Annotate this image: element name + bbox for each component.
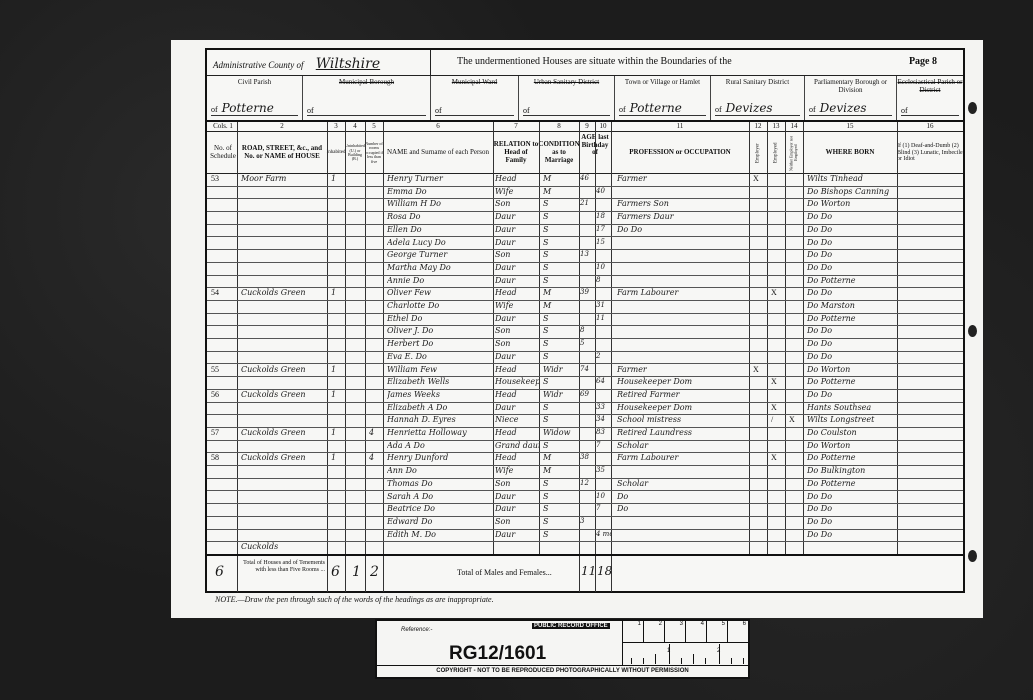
cell-cond: S: [543, 479, 579, 488]
table-row: Thomas DoSonS12ScholarDo Potterne: [207, 479, 963, 492]
cell-born: Do Marston: [807, 301, 897, 310]
district-municipal-ward: Municipal Ward of: [431, 76, 519, 120]
reference-card: Reference:- PUBLIC RECORD OFFICE RG12/16…: [375, 619, 750, 679]
cell-name: Ethel Do: [387, 314, 491, 323]
cell-cond: S: [543, 326, 579, 335]
total-uninhabited: 1: [352, 564, 361, 580]
cell-female: 64: [596, 377, 611, 385]
cell-name: Ellen Do: [387, 225, 491, 234]
cell-neither: X: [789, 415, 801, 424]
cell-rooms: 4: [369, 453, 381, 462]
district-ecclesiastical: Ecclesiastical Parish or District of: [897, 76, 963, 120]
table-row: Sarah A DoDaurS10DoDo Do: [207, 492, 963, 505]
cell-rel: Daur: [495, 492, 539, 501]
header-employed: Employed: [767, 132, 785, 174]
cell-born: Do Do: [807, 250, 897, 259]
cell-name: Ann Do: [387, 466, 491, 475]
cell-cond: M: [543, 187, 579, 196]
district-municipal-borough: Municipal Borough of: [303, 76, 431, 120]
cell-female: 40: [596, 187, 611, 195]
cell-cond: S: [543, 517, 579, 526]
cell-born: Do Worton: [807, 365, 897, 374]
cell-male: 46: [580, 174, 595, 182]
cell-born: Do Do: [807, 530, 897, 539]
cell-employed: X: [771, 288, 783, 297]
cell-employer: X: [753, 174, 765, 183]
total-schedules: 6: [215, 564, 224, 580]
cell-name: Emma Do: [387, 187, 491, 196]
cell-house: Cuckolds Green: [241, 288, 325, 297]
cell-occ: Housekeeper Dom: [617, 377, 747, 386]
table-row: 53Moor Farm1Henry TurnerHeadM46FarmerXWi…: [207, 174, 963, 187]
cell-born: Wilts Longstreet: [807, 415, 897, 424]
district-row: Civil Parish ofPotterne Municipal Boroug…: [207, 76, 963, 122]
header-road-house: ROAD, STREET, &c., and No. or NAME of HO…: [237, 132, 327, 174]
cell-male: 5: [580, 339, 595, 347]
cell-rel: Head: [495, 428, 539, 437]
cell-name: Martha May Do: [387, 263, 491, 272]
cell-female: 7: [596, 504, 611, 512]
cell-rel: Head: [495, 174, 539, 183]
cell-occ: Do: [617, 492, 747, 501]
cell-employed: X: [771, 377, 783, 386]
cell-female: 83: [596, 428, 611, 436]
cell-rel: Grand daur: [495, 441, 539, 450]
cell-rel: Daur: [495, 238, 539, 247]
cell-inh: 1: [331, 365, 343, 374]
cell-sched: 57: [211, 428, 235, 437]
measurement-scale: 1 2 3 4 5 6 1 2: [622, 621, 748, 666]
cell-born: Do Bulkington: [807, 466, 897, 475]
cell-born: Do Do: [807, 288, 897, 297]
cell-name: Henry Dunford: [387, 453, 491, 462]
cell-cond: S: [543, 212, 579, 221]
cell-cond: S: [543, 415, 579, 424]
cell-cond: S: [543, 403, 579, 412]
cell-cond: S: [543, 352, 579, 361]
cell-name: Hannah D. Eyres: [387, 415, 491, 424]
cell-rel: Head: [495, 288, 539, 297]
cell-name: Ada A Do: [387, 441, 491, 450]
cell-house: Cuckolds Green: [241, 390, 325, 399]
cell-rel: Son: [495, 326, 539, 335]
header-relation: RELATION to Head of Family: [493, 132, 539, 174]
cell-name: Oliver J. Do: [387, 326, 491, 335]
cell-house: Cuckolds Green: [241, 365, 325, 374]
district-rural-sanitary: Rural Sanitary District ofDevizes: [711, 76, 805, 120]
table-row: Ellen DoDaurS17Do DoDo Do: [207, 225, 963, 238]
table-row: 55Cuckolds Green1William FewHeadWidr74Fa…: [207, 365, 963, 378]
cell-cond: S: [543, 314, 579, 323]
table-row: Martha May DoDaurS10Do Do: [207, 263, 963, 276]
table-row: 57Cuckolds Green14Henrietta HollowayHead…: [207, 428, 963, 441]
cell-female: 33: [596, 403, 611, 411]
page-number: Page 8: [909, 56, 937, 67]
cell-rel: Son: [495, 479, 539, 488]
header-neither: Neither Employer nor Employed: [785, 132, 803, 174]
table-row: Adela Lucy DoDaurS15Do Do: [207, 238, 963, 251]
cell-rel: Daur: [495, 504, 539, 513]
cell-cond: S: [543, 492, 579, 501]
cell-cond: S: [543, 504, 579, 513]
cell-name: Elizabeth A Do: [387, 403, 491, 412]
cell-rel: Wife: [495, 187, 539, 196]
table-row: Charlotte DoWifeM31Do Marston: [207, 301, 963, 314]
cell-rel: Daur: [495, 225, 539, 234]
cell-name: Henrietta Holloway: [387, 428, 491, 437]
reference-code: RG12/1601: [449, 643, 546, 665]
cell-born: Do Do: [807, 504, 897, 513]
header-uninhabited: Uninhabited (U.) or Building (B.): [345, 132, 365, 174]
table-row: Elizabeth A DoDaurS33Housekeeper DomXHan…: [207, 403, 963, 416]
table-row: 54Cuckolds Green1Oliver FewHeadM39Farm L…: [207, 288, 963, 301]
cell-born: Do Do: [807, 492, 897, 501]
cell-cond: S: [543, 225, 579, 234]
cell-name: Herbert Do: [387, 339, 491, 348]
cell-occ: Retired Laundress: [617, 428, 747, 437]
cell-male: 12: [580, 479, 595, 487]
totals-row: 6 Total of Houses and of Tenements with …: [207, 554, 963, 591]
cell-sched: 58: [211, 453, 235, 462]
office-label: PUBLIC RECORD OFFICE: [532, 623, 610, 629]
cell-occ: Farmers Son: [617, 199, 747, 208]
cell-female: 10: [596, 492, 611, 500]
cell-sched: 54: [211, 288, 235, 297]
cell-name: Edith M. Do: [387, 530, 491, 539]
table-row: Ethel DoDaurS11Do Potterne: [207, 314, 963, 327]
cell-female: 7: [596, 441, 611, 449]
cell-born: Do Potterne: [807, 453, 897, 462]
cell-born: Do Potterne: [807, 314, 897, 323]
total-rooms: 2: [370, 564, 379, 580]
cell-rel: Son: [495, 517, 539, 526]
footnote: NOTE.—Draw the pen through such of the w…: [215, 595, 494, 604]
cell-name: Beatrice Do: [387, 504, 491, 513]
cell-occ: Do: [617, 504, 747, 513]
cell-female: 8: [596, 276, 611, 284]
cell-occ: Retired Farmer: [617, 390, 747, 399]
cell-born: Do Do: [807, 390, 897, 399]
cell-sched: 53: [211, 174, 235, 183]
header-condition: CONDITION as to Marriage: [539, 132, 579, 174]
cell-male: 3: [580, 517, 595, 525]
header-rooms: Number of rooms occupied if less than fi…: [365, 132, 383, 174]
cell-rel: Head: [495, 390, 539, 399]
cell-rel: Head: [495, 453, 539, 462]
cell-female: 4 mos: [596, 530, 611, 538]
cell-rel: Daur: [495, 403, 539, 412]
cell-cond: M: [543, 174, 579, 183]
cell-cond: S: [543, 250, 579, 259]
table-row: Eva E. DoDaurS2Do Do: [207, 352, 963, 365]
cell-male: 74: [580, 365, 595, 373]
cell-female: 2: [596, 352, 611, 360]
cell-name: James Weeks: [387, 390, 491, 399]
census-form: Administrative County of Wiltshire The u…: [205, 48, 965, 593]
cell-house: Cuckolds Green: [241, 428, 325, 437]
cell-cond: M: [543, 466, 579, 475]
table-row: George TurnerSonS13Do Do: [207, 250, 963, 263]
cell-inh: 1: [331, 174, 343, 183]
cell-employed: X: [771, 453, 783, 462]
cell-born: Do Bishops Canning: [807, 187, 897, 196]
cell-occ: Farmer: [617, 365, 747, 374]
table-row: Ada A DoGrand daurS7ScholarDo Worton: [207, 441, 963, 454]
intro-text: The undermentioned Houses are situate wi…: [457, 56, 732, 67]
cell-sched: 55: [211, 365, 235, 374]
cell-cond: S: [543, 530, 579, 539]
cell-rel: Daur: [495, 276, 539, 285]
table-row: Rosa DoDaurS18Farmers DaurDo Do: [207, 212, 963, 225]
table-row: Emma DoWifeM40Do Bishops Canning: [207, 187, 963, 200]
cell-inh: 1: [331, 453, 343, 462]
cell-cond: S: [543, 276, 579, 285]
cell-rel: Son: [495, 199, 539, 208]
cell-born: Do Potterne: [807, 276, 897, 285]
table-row: Oliver J. DoSonS8Do Do: [207, 326, 963, 339]
cell-female: 10: [596, 263, 611, 271]
cell-cond: Widr: [543, 365, 579, 374]
cell-occ: Housekeeper Dom: [617, 403, 747, 412]
admin-county-value: Wiltshire: [316, 56, 380, 72]
cell-occ: School mistress: [617, 415, 747, 424]
punch-hole: [968, 550, 977, 562]
district-village: Town or Village or Hamlet ofPotterne: [615, 76, 711, 120]
district-urban-sanitary: Urban Sanitary District of: [519, 76, 615, 120]
header-occupation: PROFESSION or OCCUPATION: [611, 132, 749, 174]
cell-name: Rosa Do: [387, 212, 491, 221]
cell-cond: S: [543, 238, 579, 247]
cell-occ: Scholar: [617, 441, 747, 450]
cell-name: Eva E. Do: [387, 352, 491, 361]
table-row: Ann DoWifeM35Do Bulkington: [207, 466, 963, 479]
census-page: Administrative County of Wiltshire The u…: [171, 40, 983, 618]
reference-label: Reference:-: [401, 627, 432, 633]
copyright-notice: COPYRIGHT - NOT TO BE REPRODUCED PHOTOGR…: [377, 665, 748, 677]
cell-name: Thomas Do: [387, 479, 491, 488]
cell-born: Wilts Tinhead: [807, 174, 897, 183]
table-row: Edward DoSonS3Do Do: [207, 517, 963, 530]
form-title-row: Administrative County of Wiltshire The u…: [207, 50, 963, 76]
cell-rel: Wife: [495, 301, 539, 310]
cell-female: 34: [596, 415, 611, 423]
cell-name: Adela Lucy Do: [387, 238, 491, 247]
cell-rooms: 4: [369, 428, 381, 437]
total-females: 18: [597, 564, 612, 578]
header-name: NAME and Surname of each Person: [383, 132, 493, 174]
cell-rel: Daur: [495, 530, 539, 539]
cell-occ: Farm Labourer: [617, 453, 747, 462]
cell-cond: S: [543, 441, 579, 450]
cell-cond: M: [543, 288, 579, 297]
cell-born: Do Coulston: [807, 428, 897, 437]
cell-occ: Do Do: [617, 225, 747, 234]
cell-occ: Scholar: [617, 479, 747, 488]
cell-born: Do Worton: [807, 441, 897, 450]
column-numbers: Cols. 1 2 3 4 5 6 7 8 9 10 11 12 13 14 1…: [207, 122, 963, 132]
cell-rel: Son: [495, 339, 539, 348]
cell-cond: S: [543, 263, 579, 272]
punch-hole: [968, 102, 977, 114]
table-row: 56Cuckolds Green1James WeeksHeadWidr69Re…: [207, 390, 963, 403]
cell-cond: S: [543, 339, 579, 348]
cell-cond: S: [543, 199, 579, 208]
cell-employer: X: [753, 365, 765, 374]
cell-born: Do Do: [807, 238, 897, 247]
cell-born: Do Do: [807, 352, 897, 361]
cell-name: Oliver Few: [387, 288, 491, 297]
table-row: Herbert DoSonS5Do Do: [207, 339, 963, 352]
cell-born: Hants Southsea: [807, 403, 897, 412]
cell-born: Do Do: [807, 339, 897, 348]
totals-mf-label: Total of Males and Females...: [457, 568, 552, 577]
cell-name: Henry Turner: [387, 174, 491, 183]
cell-female: 17: [596, 225, 611, 233]
cell-house: Cuckolds Green: [241, 453, 325, 462]
cell-rel: Daur: [495, 212, 539, 221]
cell-rel: Son: [495, 250, 539, 259]
cell-name: William Few: [387, 365, 491, 374]
header-infirmity: If (1) Deaf-and-Dumb (2) Blind (3) Lunat…: [897, 132, 963, 174]
cell-inh: 1: [331, 390, 343, 399]
cell-cond: S: [543, 377, 579, 386]
header-schedule: No. of Schedule: [209, 132, 237, 174]
cell-name: Sarah A Do: [387, 492, 491, 501]
cell-name: George Turner: [387, 250, 491, 259]
cell-cond: Widr: [543, 390, 579, 399]
cell-born: Do Potterne: [807, 377, 897, 386]
admin-county: Administrative County of Wiltshire: [207, 50, 431, 76]
cell-rel: Daur: [495, 314, 539, 323]
cell-occ: Farm Labourer: [617, 288, 747, 297]
cell-rel: Head: [495, 365, 539, 374]
table-row: 58Cuckolds Green14Henry DunfordHeadM38Fa…: [207, 453, 963, 466]
cell-occ: Farmer: [617, 174, 747, 183]
cell-name: William H Do: [387, 199, 491, 208]
cell-sched: 56: [211, 390, 235, 399]
cell-name: Annie Do: [387, 276, 491, 285]
cell-house: Cuckolds: [241, 542, 325, 551]
cell-cond: M: [543, 453, 579, 462]
header-inhabited: Inhabited: [327, 132, 345, 174]
cell-born: Do Worton: [807, 199, 897, 208]
cell-occ: Farmers Daur: [617, 212, 747, 221]
cell-born: Do Do: [807, 212, 897, 221]
cell-cond: M: [543, 301, 579, 310]
cell-inh: 1: [331, 428, 343, 437]
punch-hole: [968, 325, 977, 337]
cell-name: Charlotte Do: [387, 301, 491, 310]
cell-house: Moor Farm: [241, 174, 325, 183]
table-row: Hannah D. EyresNieceS34School mistress/X…: [207, 415, 963, 428]
cell-female: 18: [596, 212, 611, 220]
cell-female: 31: [596, 301, 611, 309]
cell-cond: Widow: [543, 428, 579, 437]
cell-rel: Housekeeper: [495, 377, 539, 386]
cell-female: 11: [596, 314, 611, 322]
district-parliamentary: Parliamentary Borough or Division ofDevi…: [805, 76, 897, 120]
cell-male: 13: [580, 250, 595, 258]
cell-rel: Wife: [495, 466, 539, 475]
cell-rel: Daur: [495, 263, 539, 272]
cell-female: 15: [596, 238, 611, 246]
cell-male: 8: [580, 326, 595, 334]
cell-born: Do Do: [807, 225, 897, 234]
cell-inh: 1: [331, 288, 343, 297]
totals-houses-label: Total of Houses and of Tenements with le…: [239, 560, 325, 574]
total-inhabited: 6: [331, 564, 340, 580]
cell-employed: /: [771, 415, 783, 424]
cell-born: Do Do: [807, 326, 897, 335]
table-row: Edith M. DoDaurS4 mosDo Do: [207, 530, 963, 543]
district-civil-parish: Civil Parish ofPotterne: [207, 76, 303, 120]
cell-employed: X: [771, 403, 783, 412]
table-row: William H DoSonS21Farmers SonDo Worton: [207, 199, 963, 212]
cell-rel: Daur: [495, 352, 539, 361]
table-row: Beatrice DoDaurS7DoDo Do: [207, 504, 963, 517]
cell-female: 35: [596, 466, 611, 474]
cell-male: 38: [580, 453, 595, 461]
header-employer: Employer: [749, 132, 767, 174]
table-row: Elizabeth WellsHousekeeperS64Housekeeper…: [207, 377, 963, 390]
cell-male: 21: [580, 199, 595, 207]
cell-born: Do Do: [807, 517, 897, 526]
column-headers: No. of Schedule ROAD, STREET, &c., and N…: [207, 132, 963, 174]
cell-rel: Niece: [495, 415, 539, 424]
cell-name: Elizabeth Wells: [387, 377, 491, 386]
cell-male: 39: [580, 288, 595, 296]
cell-born: Do Do: [807, 263, 897, 272]
cell-male: 69: [580, 390, 595, 398]
total-males: 11: [581, 564, 596, 578]
header-where-born: WHERE BORN: [803, 132, 897, 174]
cell-born: Do Potterne: [807, 479, 897, 488]
cell-name: Edward Do: [387, 517, 491, 526]
table-row: Annie DoDaurS8Do Potterne: [207, 276, 963, 289]
